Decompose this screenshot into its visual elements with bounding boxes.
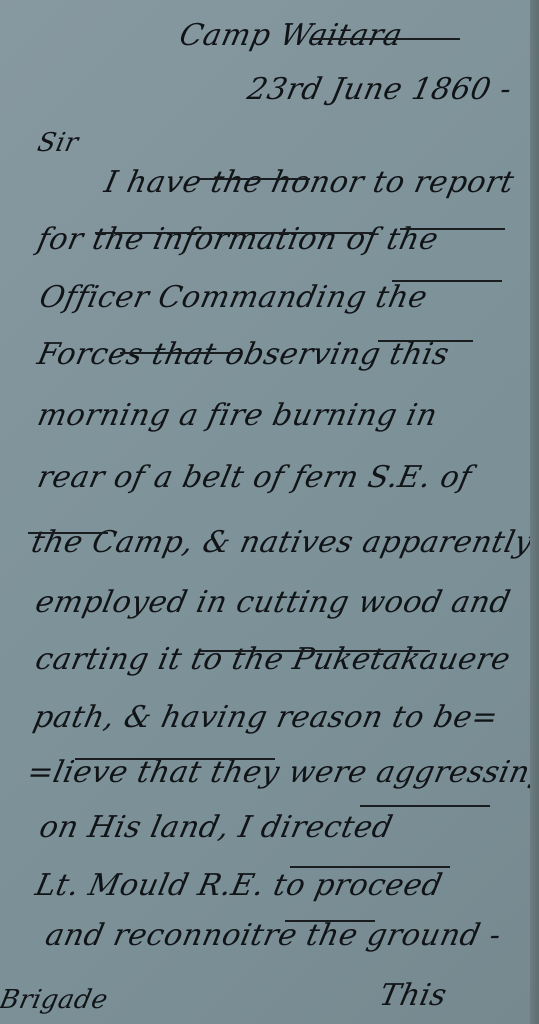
t-cross-stroke: [200, 178, 310, 180]
t-cross-stroke: [360, 805, 490, 807]
t-cross-stroke: [400, 228, 505, 230]
t-cross-stroke: [28, 532, 108, 534]
body-line-3: Officer Commanding the: [36, 280, 430, 315]
salutation: Sir: [35, 128, 81, 158]
body-line-5: morning a fire burning in: [34, 398, 440, 433]
t-cross-stroke: [392, 280, 502, 282]
body-line-12: on His land, I directed: [36, 810, 396, 845]
t-cross-stroke: [378, 340, 473, 342]
body-line-10: path, & having reason to be=: [30, 700, 501, 735]
body-line-2: for the information of the: [34, 222, 441, 257]
body-line-1: I have the honor to report: [101, 165, 517, 200]
page-edge: [530, 0, 539, 1024]
body-line-9: carting it to the Puketakauere: [32, 642, 513, 677]
body-line-8: employed in cutting wood and: [32, 585, 513, 620]
letter-page: Camp Waitara 23rd June 1860 - Sir I have…: [0, 0, 530, 1024]
margin-note: Brigade: [0, 985, 111, 1015]
t-cross-stroke: [200, 650, 430, 652]
t-cross-stroke: [95, 232, 375, 234]
letter-date: 23rd June 1860 -: [244, 72, 515, 107]
t-cross-stroke: [75, 758, 275, 760]
body-line-4: Forces that observing this: [34, 337, 452, 372]
body-line-15: This: [376, 978, 450, 1013]
body-line-13: Lt. Mould R.E. to proceed: [32, 868, 445, 903]
body-line-7: the Camp, & natives apparently: [28, 525, 536, 560]
body-line-11: =lieve that they were aggressing: [24, 755, 539, 790]
t-cross-stroke: [310, 38, 460, 40]
body-line-14: and reconnoitre the ground -: [42, 918, 504, 953]
t-cross-stroke: [120, 352, 240, 354]
letter-place: Camp Waitara: [176, 18, 405, 53]
t-cross-stroke: [290, 866, 450, 868]
t-cross-stroke: [285, 920, 375, 922]
body-line-6: rear of a belt of fern S.E. of: [34, 460, 474, 495]
